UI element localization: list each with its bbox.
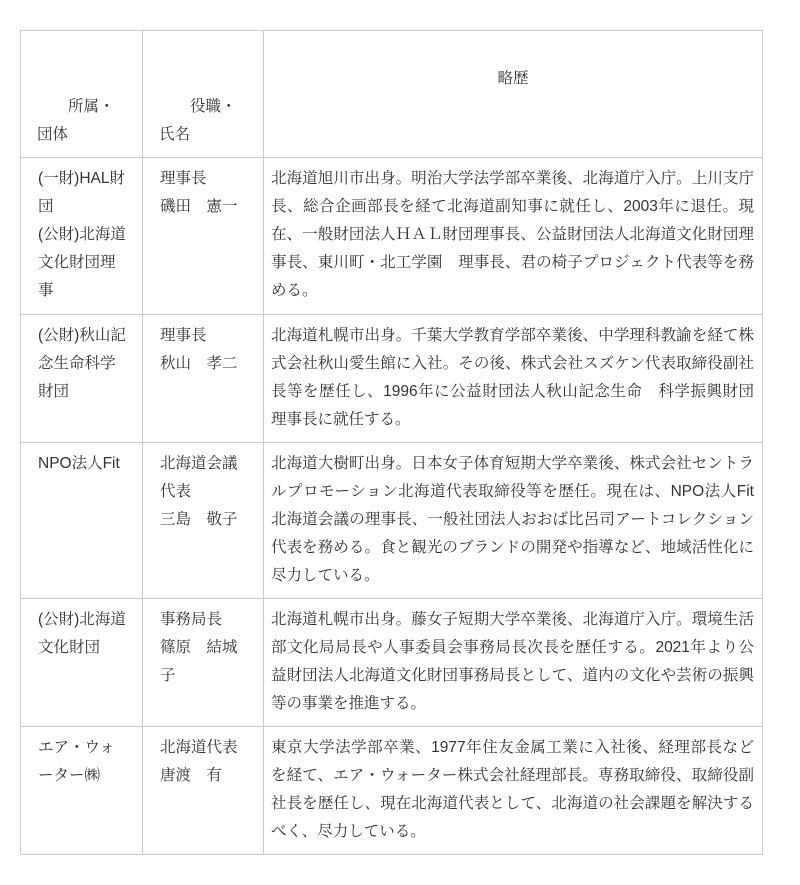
header-affiliation-org: 所属・ 団体 <box>21 31 143 158</box>
person-name: 唐渡 有 <box>160 762 247 790</box>
position-title: 北海道会議代表 <box>160 450 247 506</box>
position-name-cell: 理事長 磯田 憲一 <box>143 158 264 315</box>
position-title: 事務局長 <box>160 606 247 634</box>
table-row: エア・ウォーター㈱ 北海道代表 唐渡 有 東京大学法学部卒業、1977年住友金属… <box>21 727 763 855</box>
person-name: 三島 敬子 <box>160 506 247 534</box>
header-affiliation-line1: 所属・ <box>37 93 126 121</box>
bio-cell: 北海道大樹町出身。日本女子体育短期大学卒業後、株式会社セントラルプロモーション北… <box>264 443 763 599</box>
org-name: エア・ウォーター㈱ <box>38 734 126 790</box>
bio-cell: 東京大学法学部卒業、1977年住友金属工業に入社後、経理部長などを経て、エア・ウ… <box>264 727 763 855</box>
position-title: 理事長 <box>160 165 247 193</box>
position-title: 理事長 <box>160 322 247 350</box>
position-title: 北海道代表 <box>160 734 247 762</box>
person-name: 秋山 孝二 <box>160 350 247 378</box>
position-name-cell: 北海道会議代表 三島 敬子 <box>143 443 264 599</box>
org-cell: NPO法人Fit <box>21 443 143 599</box>
org-cell: (公財)秋山記念生命科学財団 <box>21 315 143 443</box>
header-position-line1: 役職・ <box>159 93 247 121</box>
org-cell: (公財)北海道文化財団 <box>21 599 143 727</box>
header-affiliation-line2: 団体 <box>37 121 126 149</box>
bio-cell: 北海道札幌市出身。千葉大学教育学部卒業後、中学理科教諭を経て株式会社秋山愛生館に… <box>264 315 763 443</box>
people-table: 所属・ 団体 役職・ 氏名 略歴 (一財)HAL財団 (公財)北海道文化財団理事… <box>20 30 763 855</box>
org-cell: (一財)HAL財団 (公財)北海道文化財団理事 <box>21 158 143 315</box>
header-position-line2: 氏名 <box>159 121 247 149</box>
person-name: 磯田 憲一 <box>160 193 247 221</box>
position-name-cell: 事務局長 篠原 結城子 <box>143 599 264 727</box>
org-cell: エア・ウォーター㈱ <box>21 727 143 855</box>
org-name: (一財)HAL財団 <box>38 165 126 221</box>
header-biography: 略歴 <box>264 31 763 158</box>
position-name-cell: 北海道代表 唐渡 有 <box>143 727 264 855</box>
header-position-name: 役職・ 氏名 <box>143 31 264 158</box>
org-name: NPO法人Fit <box>38 450 126 478</box>
position-name-cell: 理事長 秋山 孝二 <box>143 315 264 443</box>
table-row: (公財)北海道文化財団 事務局長 篠原 結城子 北海道札幌市出身。藤女子短期大学… <box>21 599 763 727</box>
table-row: (公財)秋山記念生命科学財団 理事長 秋山 孝二 北海道札幌市出身。千葉大学教育… <box>21 315 763 443</box>
table-row: NPO法人Fit 北海道会議代表 三島 敬子 北海道大樹町出身。日本女子体育短期… <box>21 443 763 599</box>
person-name: 篠原 結城子 <box>160 634 247 690</box>
table-row: (一財)HAL財団 (公財)北海道文化財団理事 理事長 磯田 憲一 北海道旭川市… <box>21 158 763 315</box>
bio-cell: 北海道旭川市出身。明治大学法学部卒業後、北海道庁入庁。上川支庁長、総合企画部長を… <box>264 158 763 315</box>
org-name: (公財)北海道文化財団 <box>38 606 126 662</box>
org-name: (公財)秋山記念生命科学財団 <box>38 322 126 406</box>
header-row: 所属・ 団体 役職・ 氏名 略歴 <box>21 31 763 158</box>
org-name: (公財)北海道文化財団理事 <box>38 221 126 305</box>
bio-cell: 北海道札幌市出身。藤女子短期大学卒業後、北海道庁入庁。環境生活部文化局局長や人事… <box>264 599 763 727</box>
